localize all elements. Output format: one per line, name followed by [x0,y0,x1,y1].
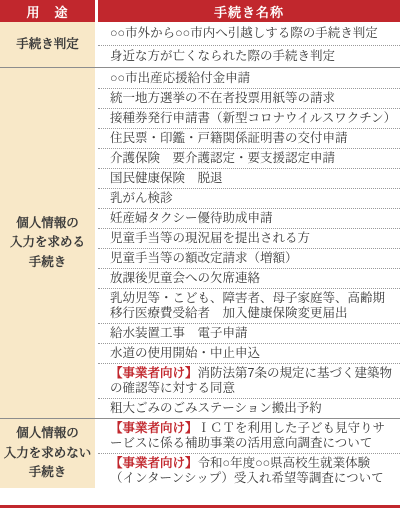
procedure-row-label: 妊産婦タクシー優待助成申請 [110,211,273,226]
category-cell: 個人情報の 入力を求める 手続き [0,68,95,418]
procedure-row: 介護保険 要介護認定・要支援認定申請 [98,148,400,168]
category-cell: 個人情報の 入力を求めない 手続き [0,419,95,488]
procedure-row-label: 接種券発行申請書（新型コロナウイルスワクチン） [110,111,395,126]
table-group: 個人情報の 入力を求めない 手続き【事業者向け】ＩＣＴを利用した子ども見守りサー… [0,418,400,488]
procedure-row: 児童手当等の現況届を提出される方 [98,228,400,248]
procedure-row-label: 水道の使用開始・中止申込 [110,346,260,361]
procedure-row: 乳幼児等・こども、障害者、母子家庭等、高齢期移行医療費受給者 加入健康保険変更届… [98,288,400,323]
procedure-row: 接種券発行申請書（新型コロナウイルスワクチン） [98,108,400,128]
procedure-row-label: 乳幼児等・こども、障害者、母子家庭等、高齢期移行医療費受給者 加入健康保険変更届… [110,291,395,321]
procedure-row-label: 【事業者向け】令和○年度○○県高校生就業体験（インターンシップ）受入れ希望等調査… [110,456,395,486]
procedure-row: 妊産婦タクシー優待助成申請 [98,208,400,228]
procedure-row: 給水装置工事 電子申請 [98,323,400,343]
procedure-row: 【事業者向け】令和○年度○○県高校生就業体験（インターンシップ）受入れ希望等調査… [98,453,400,488]
procedure-row-label: ○○市外から○○市内へ引越しする際の手続き判定 [110,26,378,41]
procedure-row-label: 児童手当等の現況届を提出される方 [110,231,310,246]
procedure-row: 【事業者向け】消防法第7条の規定に基づく建築物の確認等に対する同意 [98,363,400,398]
procedure-row-label: 児童手当等の額改定請求（増額） [110,251,298,266]
procedure-row-label: 放課後児童会への欠席連絡 [110,271,260,286]
table-group: 個人情報の 入力を求める 手続き○○市出産応援給付金申請統一地方選挙の不在者投票… [0,67,400,418]
procedure-row-label: 住民票・印鑑・戸籍関係証明書の交付申請 [110,131,348,146]
procedure-row-label: 【事業者向け】ＩＣＴを利用した子ども見守りサービスに係る補助事業の活用意向調査に… [110,421,395,451]
category-cell: 手続き判定 [0,22,95,67]
business-audience-badge: 【事業者向け】 [110,456,198,470]
procedure-table: 用 途 手続き名称 手続き判定○○市外から○○市内へ引越しする際の手続き判定身近… [0,0,400,508]
procedure-row-label: 国民健康保険 脱退 [110,171,223,186]
procedure-row: 住民票・印鑑・戸籍関係証明書の交付申請 [98,128,400,148]
procedure-row: 統一地方選挙の不在者投票用紙等の請求 [98,88,400,108]
procedure-rows: ○○市出産応援給付金申請統一地方選挙の不在者投票用紙等の請求接種券発行申請書（新… [98,68,400,418]
table-group: 手続き判定○○市外から○○市内へ引越しする際の手続き判定身近な方が亡くなられた際… [0,22,400,67]
procedure-row: 粗大ごみのごみステーション搬出予約 [98,398,400,418]
procedure-row-label: 【事業者向け】消防法第7条の規定に基づく建築物の確認等に対する同意 [110,366,395,396]
header-usage: 用 途 [0,0,95,22]
business-audience-badge: 【事業者向け】 [110,366,198,380]
business-audience-badge: 【事業者向け】 [110,421,198,435]
table-body: 手続き判定○○市外から○○市内へ引越しする際の手続き判定身近な方が亡くなられた際… [0,22,400,508]
procedure-rows: 【事業者向け】ＩＣＴを利用した子ども見守りサービスに係る補助事業の活用意向調査に… [98,419,400,488]
procedure-row: 乳がん検診 [98,188,400,208]
procedure-row: 放課後児童会への欠席連絡 [98,268,400,288]
table-header-row: 用 途 手続き名称 [0,0,400,22]
procedure-row-label: 給水装置工事 電子申請 [110,326,248,341]
procedure-row: 児童手当等の額改定請求（増額） [98,248,400,268]
procedure-row: 身近な方が亡くなられた際の手続き判定 [98,45,400,68]
procedure-row-label: 粗大ごみのごみステーション搬出予約 [110,401,322,416]
procedure-row: 【事業者向け】ＩＣＴを利用した子ども見守りサービスに係る補助事業の活用意向調査に… [98,419,400,453]
header-procedure-name: 手続き名称 [98,0,400,22]
procedure-row-label: 介護保険 要介護認定・要支援認定申請 [110,151,335,166]
procedure-row-label: 身近な方が亡くなられた際の手続き判定 [110,49,335,64]
procedure-row-label: ○○市出産応援給付金申請 [110,71,250,86]
procedure-row: ○○市外から○○市内へ引越しする際の手続き判定 [98,22,400,45]
procedure-row-label: 乳がん検診 [110,191,173,206]
procedure-row-label: 統一地方選挙の不在者投票用紙等の請求 [110,91,335,106]
procedure-rows: ○○市外から○○市内へ引越しする際の手続き判定身近な方が亡くなられた際の手続き判… [98,22,400,67]
procedure-row: 水道の使用開始・中止申込 [98,343,400,363]
procedure-row: 国民健康保険 脱退 [98,168,400,188]
procedure-row: ○○市出産応援給付金申請 [98,68,400,88]
